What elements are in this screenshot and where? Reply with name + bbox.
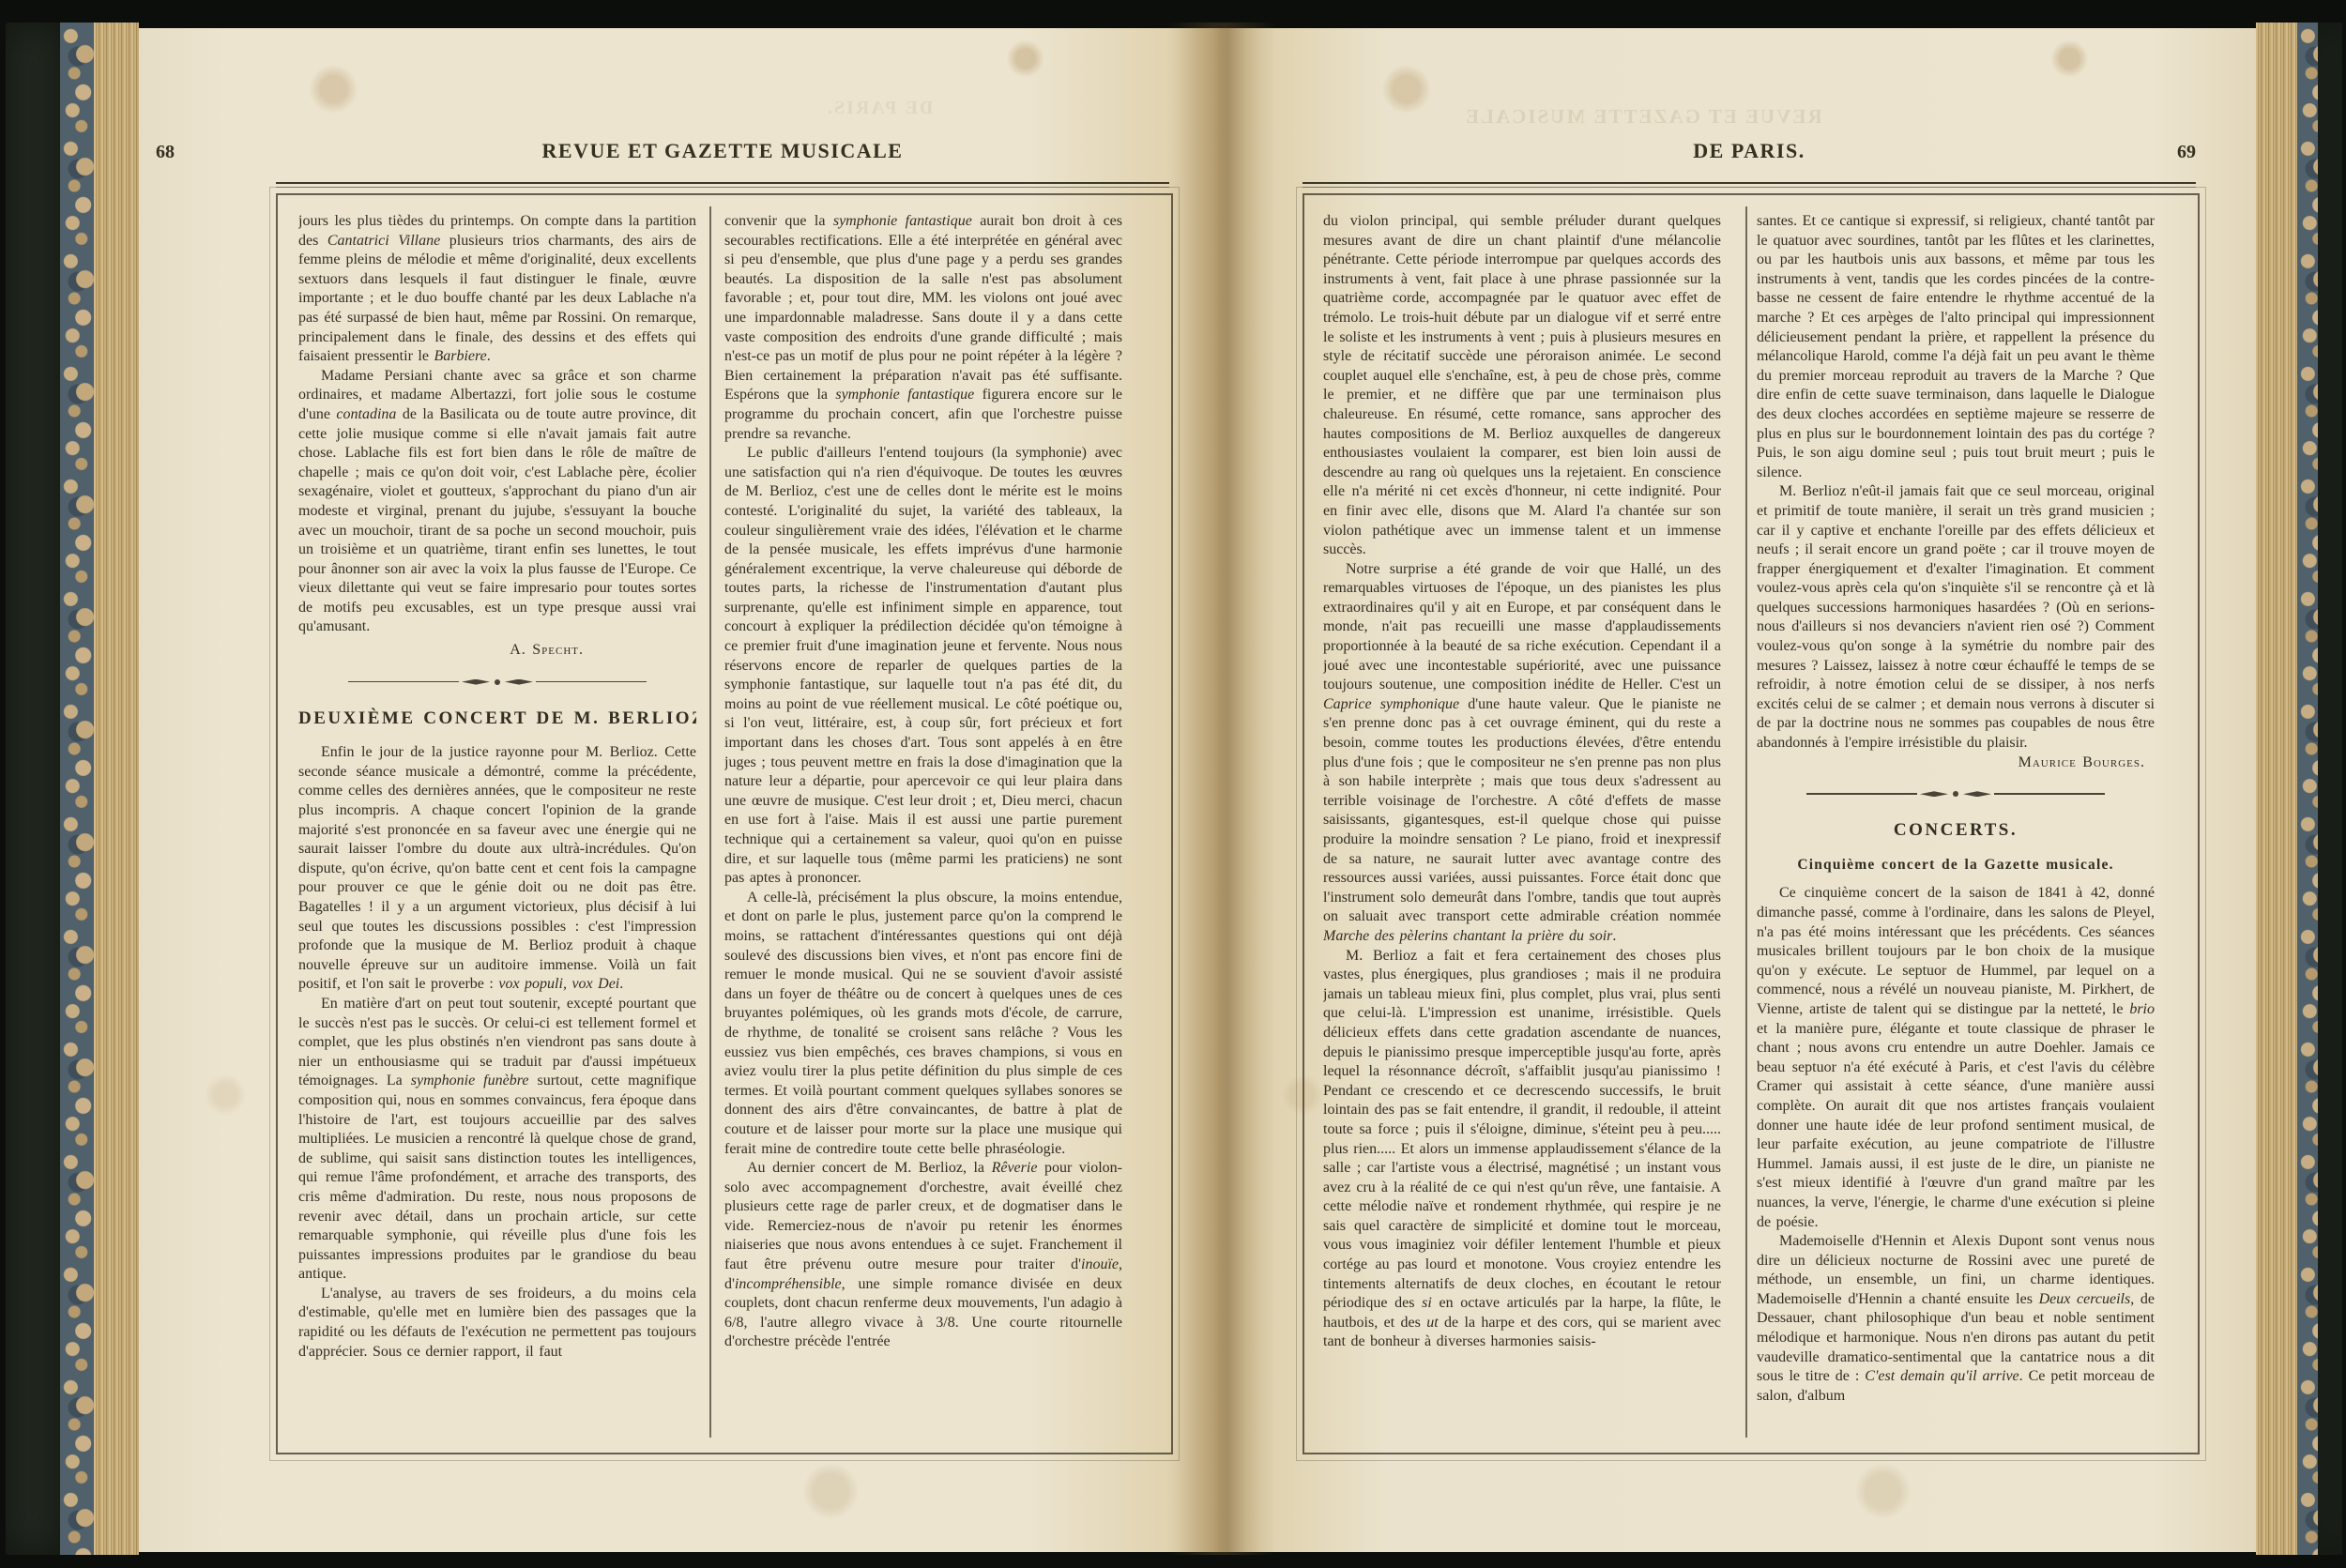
- left-page-column-1: jours les plus tièdes du printemps. On c…: [298, 212, 696, 1438]
- paragraph: jours les plus tièdes du printemps. On c…: [298, 212, 696, 367]
- ornament-dot-icon: [495, 679, 500, 685]
- section-divider-ornament: [298, 668, 696, 696]
- paragraph: Madame Persiani chante avec sa grâce et …: [298, 367, 696, 637]
- running-title-left: REVUE ET GAZETTE MUSICALE: [276, 139, 1169, 163]
- paragraph: du violon principal, qui semble préluder…: [1323, 212, 1721, 560]
- paragraph: L'analyse, au travers de ses froideurs, …: [298, 1285, 696, 1362]
- marbled-board-left: [60, 23, 94, 1555]
- paragraph: Notre surprise a été grande de voir que …: [1323, 560, 1721, 947]
- paragraph: M. Berlioz a fait et fera certainement d…: [1323, 947, 1721, 1352]
- ornament-rule: [536, 681, 647, 683]
- paragraph: santes. Et ce cantique si expressif, si …: [1757, 212, 2155, 482]
- page-edges-right: [2256, 23, 2297, 1555]
- paragraph: Ce cinquième concert de la saison de 184…: [1757, 884, 2155, 1232]
- ornament-rule: [1994, 793, 2105, 795]
- ornament-diamond-icon: [505, 679, 533, 685]
- paragraph: Au dernier concert de M. Berlioz, la Rêv…: [724, 1159, 1122, 1352]
- ornament-dot-icon: [1953, 791, 1958, 797]
- paragraph: M. Berlioz n'eût-il jamais fait que ce s…: [1757, 482, 2155, 753]
- ornament-diamond-icon: [1920, 791, 1948, 797]
- paragraph: convenir que la symphonie fantastique au…: [724, 212, 1122, 444]
- paragraph: A celle-là, précisément la plus obscure,…: [724, 889, 1122, 1159]
- paragraph: En matière d'art on peut tout soutenir, …: [298, 995, 696, 1285]
- page-number-left: 68: [156, 142, 175, 163]
- left-page-column-2: convenir que la symphonie fantastique au…: [724, 212, 1122, 1438]
- ornament-rule: [348, 681, 459, 683]
- page-number-right: 69: [2140, 142, 2196, 163]
- paragraph: Enfin le jour de la justice rayonne pour…: [298, 743, 696, 995]
- right-page-column-1: du violon principal, qui semble préluder…: [1323, 212, 1721, 1438]
- book-cover-right: [2318, 23, 2342, 1555]
- paragraph: Le public d'ailleurs l'entend toujours (…: [724, 444, 1122, 889]
- section-divider-ornament: [1757, 780, 2155, 808]
- column-divider-right-page: [1745, 206, 1747, 1438]
- right-page-column-2: santes. Et ce cantique si expressif, si …: [1757, 212, 2155, 1438]
- ornament-diamond-icon: [462, 679, 490, 685]
- book-spread: DE PARIS. REVUE ET GAZETTE MUSICALE 68 R…: [0, 0, 2346, 1568]
- section-subheading: Cinquième concert de la Gazette musicale…: [1757, 856, 2155, 875]
- paragraph: Mademoiselle d'Hennin et Alexis Dupont s…: [1757, 1232, 2155, 1406]
- page-edges-left: [94, 23, 139, 1555]
- author-signature: A. Specht.: [298, 641, 696, 661]
- running-title-right: DE PARIS.: [1302, 139, 2196, 163]
- ornament-rule: [1806, 793, 1917, 795]
- column-divider-left-page: [709, 206, 711, 1438]
- section-heading: DEUXIÈME CONCERT DE M. BERLIOZ.: [298, 709, 696, 729]
- section-heading: CONCERTS.: [1757, 821, 2155, 841]
- author-signature: Maurice Bourges.: [1757, 754, 2155, 773]
- book-cover-left: [6, 23, 60, 1555]
- marbled-board-right: [2297, 23, 2318, 1555]
- ornament-diamond-icon: [1963, 791, 1991, 797]
